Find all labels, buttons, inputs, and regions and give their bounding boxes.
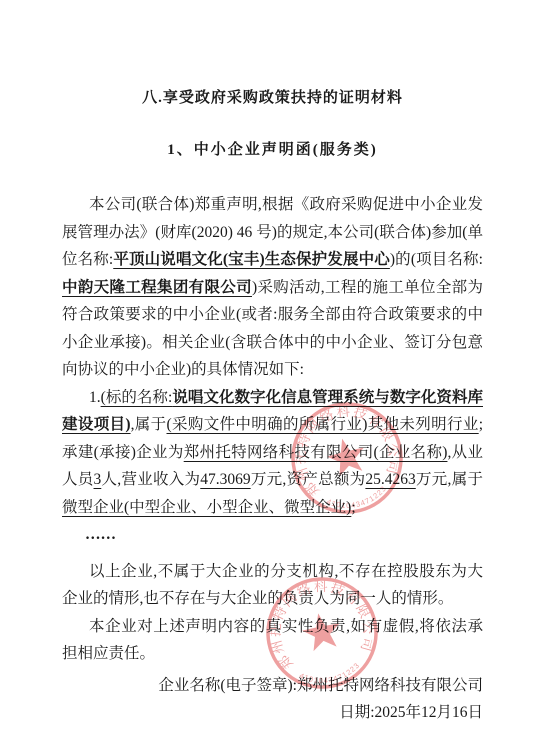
declaration-intro: 本公司(联合体)郑重声明,根据《政府采购促进中小企业发展管理办法》(财库(202… [62, 191, 483, 384]
document-content: 八.享受政府采购政策扶持的证明材料 1、中小企业声明函(服务类) 本公司(联合体… [62, 86, 483, 727]
signature-line: 企业名称(电子签章):郑州托特网络科技有限公司 [62, 672, 483, 700]
paragraphs-block: 本公司(联合体)郑重声明,根据《政府采购促进中小企业发展管理办法》(财库(202… [62, 191, 483, 727]
document-page: 八.享受政府采购政策扶持的证明材料 1、中小企业声明函(服务类) 本公司(联合体… [0, 0, 544, 756]
page-subtitle: 1、中小企业声明函(服务类) [62, 138, 483, 159]
ellipsis-line: …… [62, 521, 483, 549]
page-title: 八.享受政府采购政策扶持的证明材料 [62, 86, 483, 107]
liability-clause: 本企业对上述声明内容的真实性负责,如有虚假,将依法承担相应责任。 [62, 613, 483, 668]
date-line: 日期:2025年12月16日 [62, 699, 483, 727]
no-large-enterprise-clause: 以上企业,不属于大企业的分支机构,不存在控股股东为大企业的情形,也不存在与大企业… [62, 558, 483, 613]
item-1-subject-details: 1.(标的名称:说唱文化数字化信息管理系统与数字化资料库建设项目),属于(采购文… [62, 384, 483, 522]
